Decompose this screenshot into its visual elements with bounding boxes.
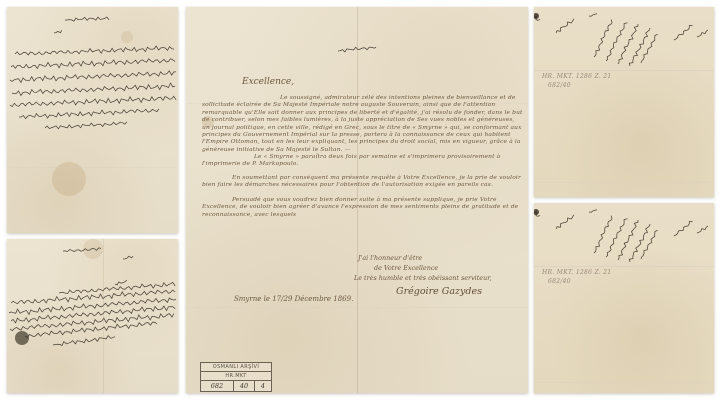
letter-closing-line: de Votre Excellence	[374, 264, 438, 272]
ottoman-script-lines	[7, 239, 178, 393]
stamp-sira-number: 4	[255, 381, 271, 391]
paper-fold	[186, 307, 528, 308]
stamp-dosya-number: 682	[201, 381, 234, 391]
paper-fold	[103, 239, 104, 393]
document-panel-top-right: HR. MKT. 1286 Z. 21 682/40	[534, 7, 714, 197]
document-panel-top-left	[7, 7, 178, 233]
document-panel-center-letter: Excellence, Le soussigné, admirateur zél…	[186, 7, 528, 393]
archive-stamp-numbers: 682 40 4	[201, 381, 271, 391]
letter-paragraph-3: En soumettant par conséquent ma présente…	[202, 175, 524, 190]
ottoman-registry-scribbles	[534, 7, 714, 197]
stamp-gomlek-number: 40	[234, 381, 255, 391]
archive-stamp: OSMANLI ARŞİVİ HR.MKT 682 40 4	[200, 362, 272, 392]
paper-fold	[534, 266, 714, 267]
letter-paragraph-1: Le soussigné, admirateur zélé des intent…	[202, 95, 524, 154]
letter-closing-line: Le très humble et très obéissant servite…	[354, 274, 492, 282]
paper-fold	[534, 70, 714, 71]
letter-paragraph-4: Persuadé que vous voudrez bien donner su…	[202, 197, 524, 219]
document-panel-bottom-right: HR. MKT. 1286 Z. 21 682/40	[534, 203, 714, 393]
pencil-classification-line1: HR. MKT. 1286 Z. 21	[542, 269, 612, 276]
letter-closing-line: J'ai l'honneur d'être	[358, 254, 422, 262]
paper-fold	[534, 182, 714, 183]
letter-dateline: Smyrne le 17/29 Décembre 1869.	[234, 295, 353, 303]
letter-signature: Grégoire Gazydes	[396, 286, 482, 297]
pencil-classification-line1: HR. MKT. 1286 Z. 21	[542, 73, 612, 80]
letter-salutation: Excellence,	[242, 77, 294, 87]
ottoman-registry-scribbles	[534, 203, 714, 393]
ottoman-script-lines	[7, 7, 178, 233]
document-panel-bottom-left	[7, 239, 178, 393]
paper-fold	[534, 382, 714, 383]
pencil-classification-line2: 682/40	[548, 82, 571, 89]
archive-stamp-title: OSMANLI ARŞİVİ	[201, 363, 271, 372]
paper-fold	[7, 167, 178, 168]
archive-collage: Excellence, Le soussigné, admirateur zél…	[0, 0, 720, 400]
pencil-classification-line2: 682/40	[548, 278, 571, 285]
letter-paragraph-2: Le « Smyrne » paraîtra deux fois par sem…	[202, 154, 524, 169]
archive-stamp-fond: HR.MKT	[201, 372, 271, 381]
